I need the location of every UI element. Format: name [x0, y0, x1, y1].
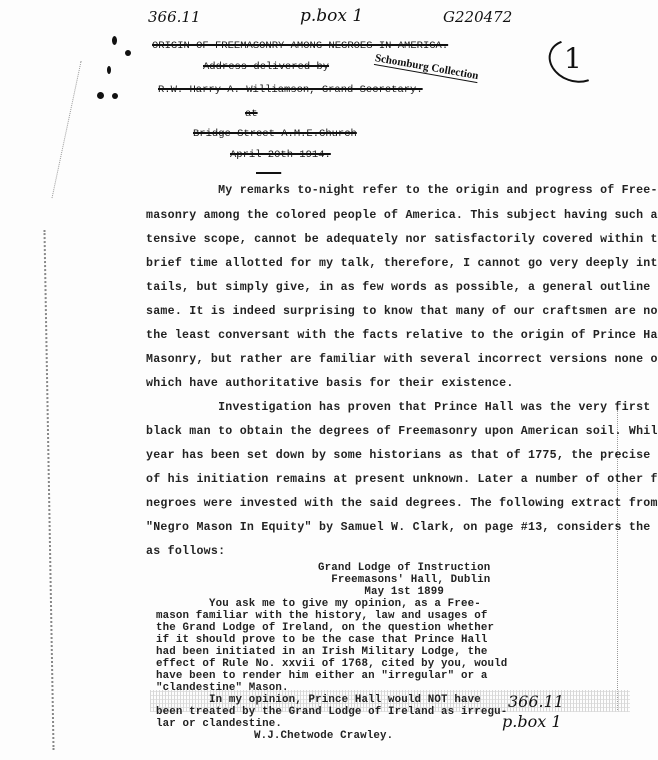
text-line: the least conversant with the facts rela…	[146, 329, 658, 342]
text-line: as follows:	[146, 545, 225, 558]
text-line: masonry among the colored people of Amer…	[146, 209, 658, 222]
catalog-id: G220472	[443, 8, 512, 26]
text-line: same. It is indeed surprising to know th…	[146, 305, 658, 318]
text-line: tails, but simply give, in as few words …	[146, 281, 658, 294]
scan-edge-left-top	[52, 61, 86, 199]
quote-heading-line: May 1st 1899	[318, 587, 444, 599]
quote-line: been treated by the Grand Lodge of Irela…	[156, 707, 507, 719]
header-at-line: at	[245, 108, 258, 120]
quote-line: effect of Rule No. xxvii of 1768, cited …	[156, 659, 507, 671]
text-line: negroes were invested with the said degr…	[146, 497, 658, 510]
text-line: brief time allotted for my talk, therefo…	[146, 257, 658, 270]
schomburg-collection-stamp: Schomburg Collection	[374, 52, 479, 83]
text-line: My remarks to-night refer to the origin …	[146, 184, 658, 197]
quote-line: have been to render him either an "irreg…	[156, 671, 487, 683]
header-date-line: April 20th 1914.	[230, 149, 331, 161]
text-line: black man to obtain the degrees of Freem…	[146, 425, 658, 438]
quote-line: mason familiar with the history, law and…	[156, 611, 487, 623]
header-venue-line: Bridge Street A.M.E.Church	[193, 128, 357, 140]
quote-line: In my opinion, Prince Hall would NOT hav…	[156, 695, 481, 707]
circled-page-number: 1	[564, 42, 582, 75]
quote-line: lar or clandestine.	[156, 719, 282, 731]
quote-line: if it should prove to be the case that P…	[156, 635, 487, 647]
quote-heading-line: Grand Lodge of Instruction	[318, 563, 490, 575]
document-page: 366.11 p.box 1 G220472 1 366.11 p.box 1 …	[0, 0, 658, 760]
quote-line: You ask me to give my opinion, as a Free…	[156, 599, 481, 611]
text-line: "Negro Mason In Equity" by Samuel W. Cla…	[146, 521, 658, 534]
text-line: Investigation has proven that Prince Hal…	[146, 401, 651, 414]
quote-line: the Grand Lodge of Ireland, on the quest…	[156, 623, 494, 635]
ink-blot	[112, 93, 118, 99]
quote-signature: W.J.Chetwode Crawley.	[254, 731, 393, 743]
text-line: Masonry, but rather are familiar with se…	[146, 353, 658, 366]
box-label-top: p.box 1	[300, 6, 363, 26]
text-line: which have authoritative basis for their…	[146, 377, 514, 390]
quote-heading-line: Freemasons' Hall, Dublin	[318, 575, 490, 587]
header-address-line: Address delivered by	[203, 61, 329, 73]
call-number-top: 366.11	[148, 8, 201, 26]
header-rule: ----	[256, 168, 281, 180]
quote-line: had been initiated in an Irish Military …	[156, 647, 487, 659]
text-line: tensive scope, cannot be adequately nor …	[146, 233, 658, 246]
text-line: of his initiation remains at present unk…	[146, 473, 658, 486]
header-speaker-line: R.W. Harry A. Williamson, Grand Secretar…	[158, 84, 423, 96]
text-line: year has been set down by some historian…	[146, 449, 658, 462]
call-number-bottom: 366.11	[508, 692, 564, 711]
ink-blot	[107, 66, 111, 74]
document-title: ORIGIN OF FREEMASONRY AMONG NEGROES IN A…	[152, 40, 448, 52]
scan-edge-left	[43, 230, 58, 750]
quote-line: "clandestine" Mason.	[156, 683, 289, 695]
ink-blot	[125, 50, 131, 56]
box-label-bottom: p.box 1	[502, 712, 562, 731]
ink-blot	[97, 92, 104, 99]
ink-blot	[112, 36, 117, 45]
